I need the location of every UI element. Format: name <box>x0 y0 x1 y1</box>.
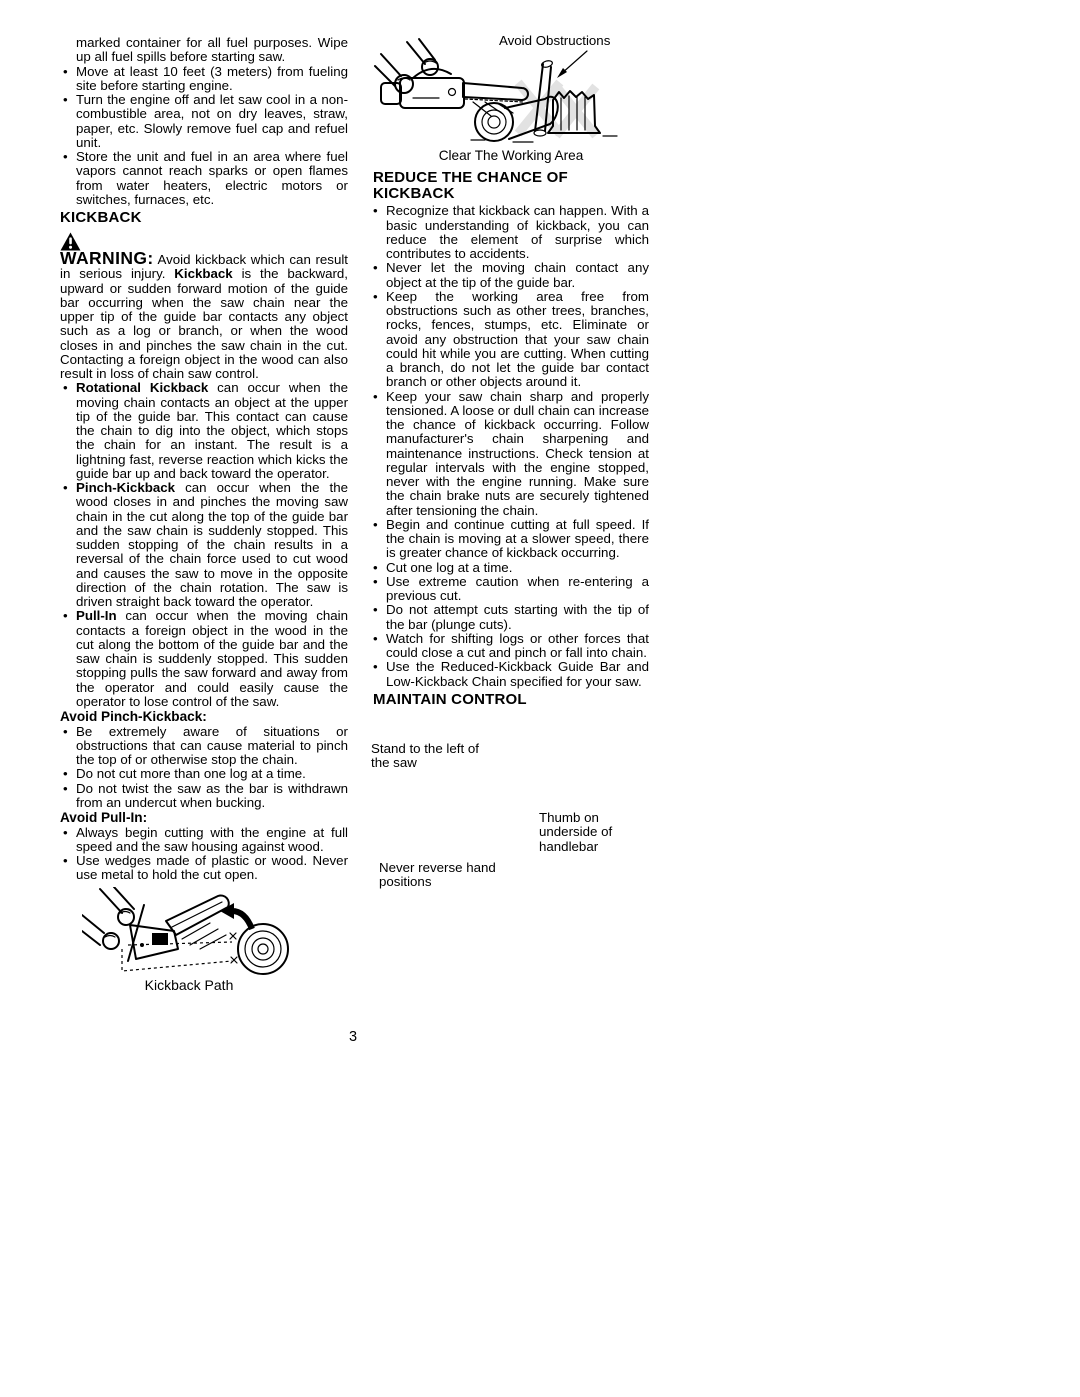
kickback-path-caption: Kickback Path <box>60 978 318 992</box>
term-rotational-kickback: Rotational Kickback <box>76 380 208 395</box>
kickback-types-list: Rotational Kickback can occur when the m… <box>60 381 348 709</box>
list-item: Use the Reduced-Kickback Guide Bar and L… <box>373 660 649 689</box>
term-pinch-kickback: Pinch-Kickback <box>76 480 175 495</box>
reduce-kickback-heading: REDUCE THE CHANCE OF KICKBACK <box>373 170 578 202</box>
kickback-path-figure <box>82 887 344 977</box>
term-text: can occur when the moving chain contacts… <box>76 608 348 709</box>
kickback-warning-paragraph: WARNING: Avoid kickback which can result… <box>60 232 348 381</box>
list-item: Store the unit and fuel in an area where… <box>60 150 348 207</box>
fueling-bullet-list: Move at least 10 feet (3 meters) from fu… <box>60 65 348 208</box>
list-item: Cut one log at a time. <box>373 561 649 575</box>
avoid-pull-in-list: Always begin cutting with the engine at … <box>60 826 348 883</box>
thumb-underside-label: Thumb on underside of handlebar <box>539 811 651 855</box>
list-item: Recognize that kickback can happen. With… <box>373 204 649 261</box>
list-item: Be extremely aware of situations or obst… <box>60 725 348 768</box>
list-item: Never let the moving chain contact any o… <box>373 261 649 290</box>
clear-working-area-figure: Avoid Obstructions <box>373 36 649 148</box>
list-item: Turn the engine off and let saw cool in … <box>60 93 348 150</box>
clear-working-area-caption: Clear The Working Area <box>373 149 649 163</box>
clear-working-area-illustration <box>373 36 649 148</box>
reduce-kickback-list: Recognize that kickback can happen. With… <box>373 204 649 689</box>
warning-text-body: is the backward, upward or sudden forwar… <box>60 266 348 381</box>
avoid-pull-in-heading: Avoid Pull-In: <box>60 811 348 826</box>
intro-continuation-paragraph: marked container for all fuel purposes. … <box>60 36 348 65</box>
list-item: Pinch-Kickback can occur when the the wo… <box>60 481 348 609</box>
list-item: Keep the working area free from obstruct… <box>373 290 649 390</box>
list-item: Do not cut more than one log at a time. <box>60 767 348 781</box>
never-reverse-label: Never reverse hand positions <box>379 861 519 890</box>
list-item: Always begin cutting with the engine at … <box>60 826 348 855</box>
maintain-control-figure: Stand to the left of the saw Thumb on un… <box>373 712 653 908</box>
stand-left-label: Stand to the left of the saw <box>371 742 483 771</box>
list-item: Begin and continue cutting at full speed… <box>373 518 649 561</box>
list-item: Do not twist the saw as the bar is withd… <box>60 782 348 811</box>
list-item: Watch for shifting logs or other forces … <box>373 632 649 661</box>
list-item: Keep your saw chain sharp and properly t… <box>373 390 649 518</box>
list-item: Move at least 10 feet (3 meters) from fu… <box>60 65 348 94</box>
left-column: marked container for all fuel purposes. … <box>60 36 348 992</box>
kickback-path-illustration <box>82 887 344 977</box>
avoid-obstructions-label: Avoid Obstructions <box>499 34 610 48</box>
kickback-heading: KICKBACK <box>60 210 348 226</box>
page-number: 3 <box>343 1029 363 1045</box>
avoid-pinch-list: Be extremely aware of situations or obst… <box>60 725 348 811</box>
term-pull-in: Pull-In <box>76 608 117 623</box>
list-item: Rotational Kickback can occur when the m… <box>60 381 348 481</box>
warning-bold-word: Kickback <box>174 266 232 281</box>
manual-page: marked container for all fuel purposes. … <box>60 36 660 992</box>
maintain-control-heading: MAINTAIN CONTROL <box>373 692 649 708</box>
list-item: Do not attempt cuts starting with the ti… <box>373 603 649 632</box>
list-item: Use wedges made of plastic or wood. Neve… <box>60 854 348 883</box>
avoid-pinch-kickback-heading: Avoid Pinch-Kickback: <box>60 710 348 725</box>
term-text: can occur when the moving chain contacts… <box>76 380 348 481</box>
term-text: can occur when the the wood closes in an… <box>76 480 348 609</box>
list-item: Use extreme caution when re-entering a p… <box>373 575 649 604</box>
right-column: Avoid Obstructions <box>373 36 649 992</box>
warning-label: WARNING: <box>60 248 154 268</box>
list-item: Pull-In can occur when the moving chain … <box>60 609 348 709</box>
